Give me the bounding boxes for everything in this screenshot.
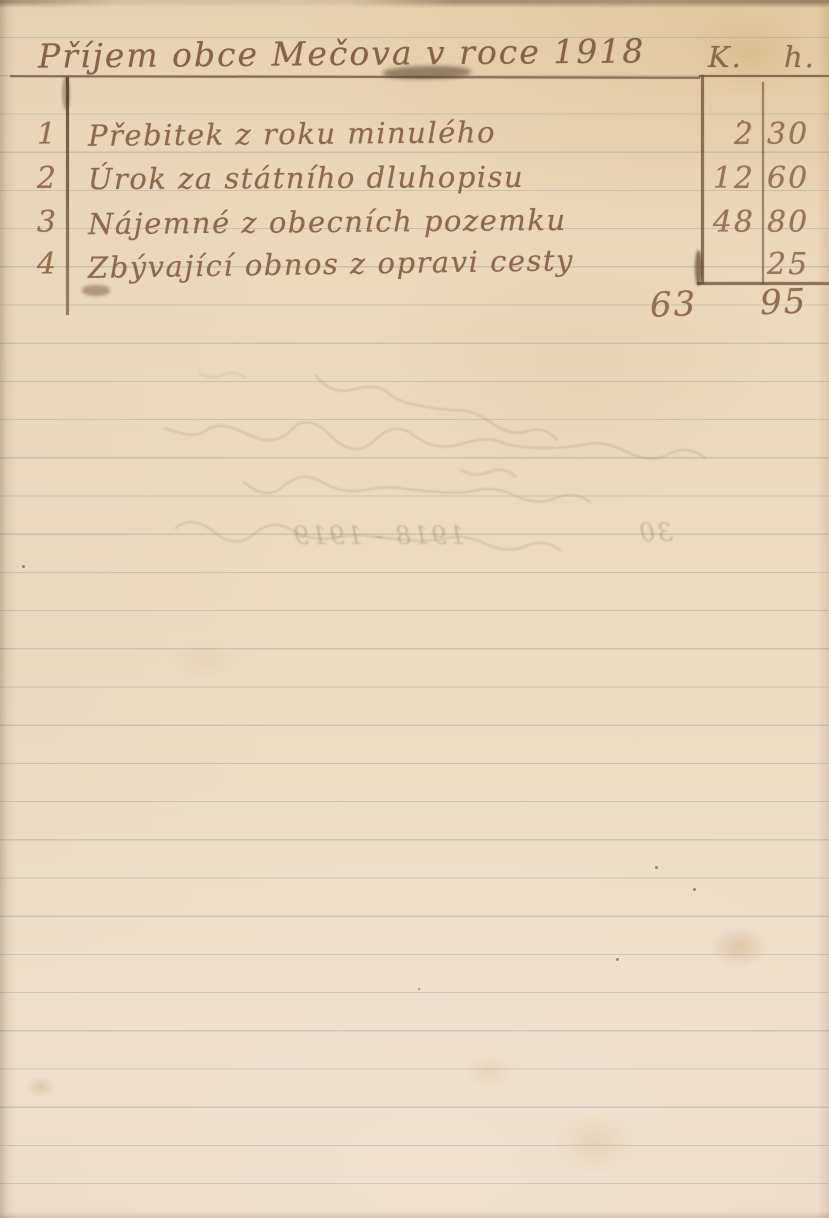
title-part2: v roce xyxy=(426,32,541,72)
ledger-page: 1918 - 1919 30 Příjem obce Mečova v roce… xyxy=(0,0,829,1218)
title-underline xyxy=(10,75,700,78)
row-description: Úrok za státního dluhopisu xyxy=(88,160,524,196)
table-vline-left xyxy=(66,77,69,315)
amount-k: 12 xyxy=(660,161,755,196)
total-k: 63 xyxy=(649,282,750,325)
amount-k: 2 xyxy=(660,117,755,152)
page-edge-right xyxy=(817,0,829,1218)
page-edge-left xyxy=(0,0,16,1218)
paper-stain xyxy=(170,640,240,680)
row-description: Nájemné z obecních pozemku xyxy=(88,203,567,241)
paper-stain xyxy=(26,1076,56,1098)
header-underline xyxy=(699,75,829,77)
table-vline-h-column xyxy=(762,82,764,284)
ink-speck xyxy=(655,866,658,869)
row-description: Přebitek z roku minulého xyxy=(88,115,496,153)
row-number: 1 xyxy=(16,117,58,152)
paper-stain xyxy=(552,1112,638,1174)
page-edge-top xyxy=(0,0,829,8)
paper-stain xyxy=(462,1052,516,1090)
page-title: Příjem obce Mečova v roce 1918 xyxy=(38,31,646,75)
ink-blot xyxy=(695,250,702,286)
bleed-through-years: 1918 - 1919 xyxy=(291,521,465,550)
amount-k: 48 xyxy=(660,205,755,240)
bleed-through-amount: 30 xyxy=(637,518,673,547)
page-edge-bottom xyxy=(0,1211,829,1218)
row-number: 2 xyxy=(16,161,58,196)
title-part1: Příjem obce Mečova xyxy=(38,33,426,75)
ink-speck xyxy=(418,988,420,990)
ink-bleed-through: 1918 - 1919 30 xyxy=(55,356,765,586)
ink-smudge-row4 xyxy=(82,285,110,296)
ink-speck xyxy=(22,565,25,568)
column-header-k: K. xyxy=(708,40,743,74)
row-number: 3 xyxy=(16,205,58,240)
ink-speck xyxy=(693,888,696,891)
paper-stain xyxy=(710,926,768,968)
title-part3: 1918 xyxy=(541,31,646,71)
row-description: Zbývající obnos z opravi cesty xyxy=(88,243,574,285)
ink-speck xyxy=(616,958,619,961)
column-header-h: h. xyxy=(784,40,816,74)
row-number: 4 xyxy=(16,247,58,282)
ink-blot xyxy=(62,76,70,110)
